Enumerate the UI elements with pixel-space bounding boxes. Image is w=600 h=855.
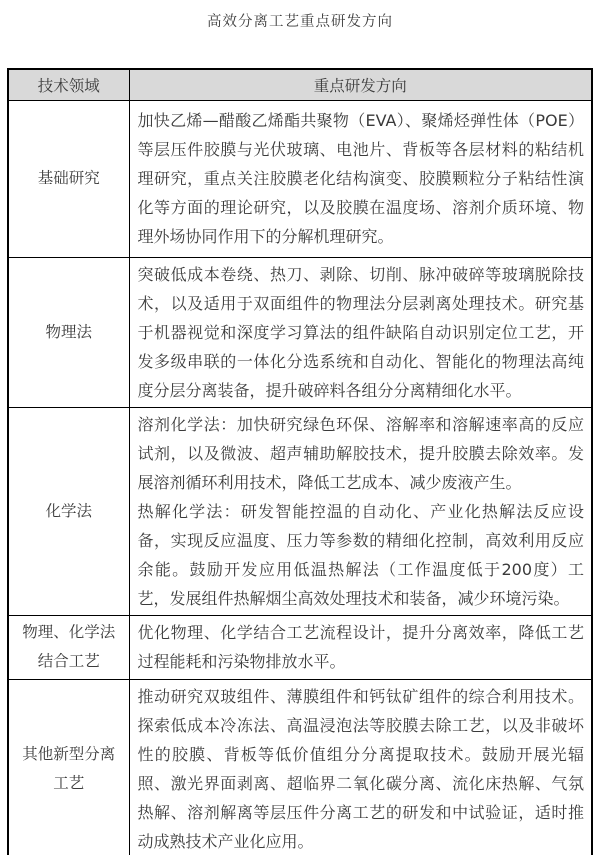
basic-research-label: 基础研究 [8,100,129,257]
column-header-rd-direction: 重点研发方向 [129,69,592,100]
physical-method-description: 突破低成本卷绕、热刀、剥除、切削、脉冲破碎等玻璃脱除技术，以及适用于双面组件的物… [129,257,592,407]
rd-directions-table: 技术领域 重点研发方向 基础研究 加快乙烯—醋酸乙烯酯共聚物（EVA）、聚烯烃弹… [7,68,593,855]
table-row-physical-method: 物理法 突破低成本卷绕、热刀、剥除、切削、脉冲破碎等玻璃脱除技术，以及适用于双面… [8,257,592,407]
document-page: 高效分离工艺重点研发方向 技术领域 重点研发方向 基础研究 加快乙烯—醋酸乙烯酯… [0,0,600,855]
table-row-other-new-processes: 其他新型分离 工艺 推动研究双玻组件、薄膜组件和钙钛矿组件的综合利用技术。探索低… [8,679,592,855]
table-row-chemical-method: 化学法 溶剂化学法：加快研究绿色环保、溶解率和溶解速率高的反应试剂，以及微波、超… [8,407,592,615]
table-row-combined-process: 物理、化学法 结合工艺 优化物理、化学结合工艺流程设计，提升分离效率，降低工艺过… [8,615,592,679]
chemical-method-description: 溶剂化学法：加快研究绿色环保、溶解率和溶解速率高的反应试剂，以及微波、超声辅助解… [129,407,592,615]
chemical-method-label: 化学法 [8,407,129,615]
page-title: 高效分离工艺重点研发方向 [0,13,600,31]
combined-process-description: 优化物理、化学结合工艺流程设计，提升分离效率，降低工艺过程能耗和污染物排放水平。 [129,615,592,679]
other-new-processes-label: 其他新型分离 工艺 [8,679,129,855]
column-header-tech-field: 技术领域 [8,69,129,100]
physical-method-label: 物理法 [8,257,129,407]
table-header-row: 技术领域 重点研发方向 [8,69,592,100]
combined-process-label: 物理、化学法 结合工艺 [8,615,129,679]
other-new-processes-description: 推动研究双玻组件、薄膜组件和钙钛矿组件的综合利用技术。探索低成本冷冻法、高温浸泡… [129,679,592,855]
basic-research-description: 加快乙烯—醋酸乙烯酯共聚物（EVA）、聚烯烃弹性体（POE）等层压件胶膜与光伏玻… [129,100,592,257]
table-row-basic-research: 基础研究 加快乙烯—醋酸乙烯酯共聚物（EVA）、聚烯烃弹性体（POE）等层压件胶… [8,100,592,257]
